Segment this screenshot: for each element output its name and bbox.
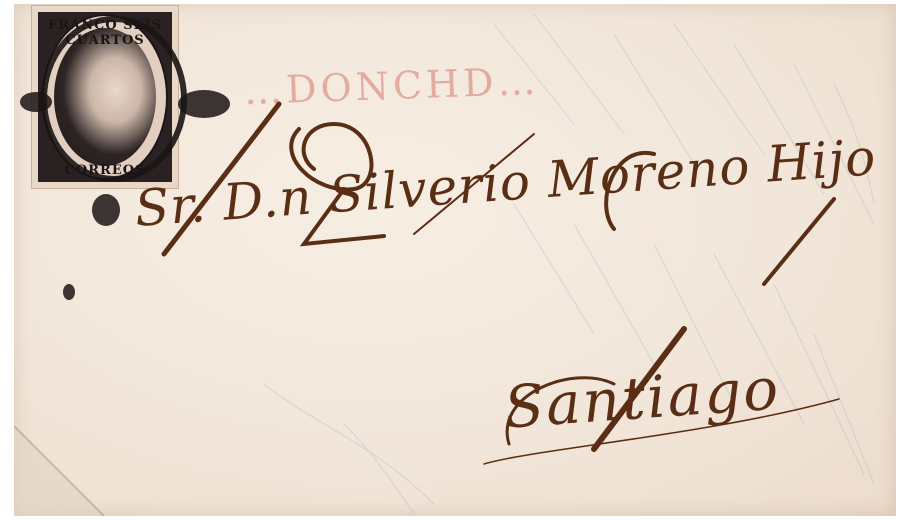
letter-cover: FRANCO SEIS CUARTOS CORREOS …DONCHD… Sr.…: [14, 4, 896, 516]
ink-cancellation: [14, 4, 896, 516]
